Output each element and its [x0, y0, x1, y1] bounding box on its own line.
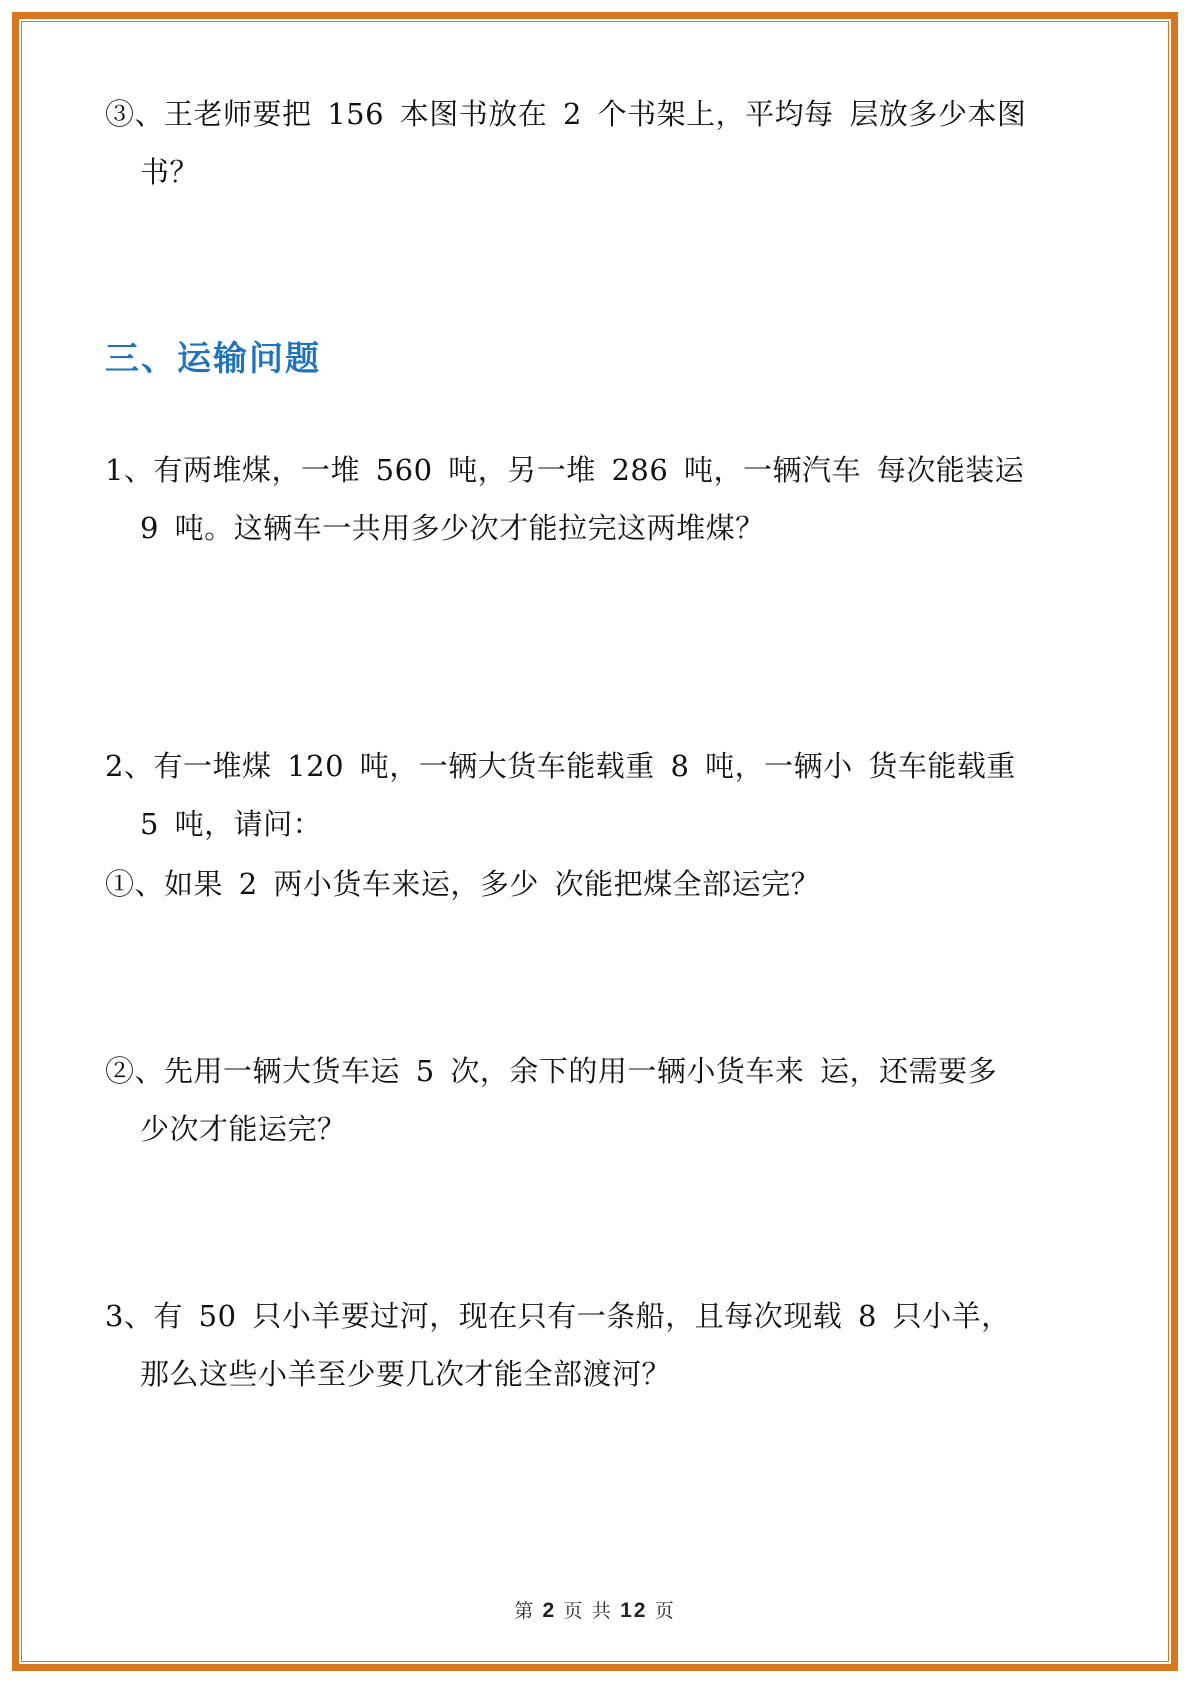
question-2-sub-1-line-1: ①、如果 2 两小货车来运，多少 次能把煤全部运完？ — [105, 865, 820, 903]
footer-total-pages: 12 — [620, 1599, 647, 1622]
footer-suffix: 页 — [655, 1601, 676, 1622]
section-header-transport-problems: 三、运输问题 — [105, 338, 321, 380]
question-3-line-1: 3、有 50 只小羊要过河，现在只有一条船，且每次现载 8 只小羊， — [105, 1297, 1011, 1335]
question-books-line-2: 书？ — [140, 153, 199, 191]
page-footer: 第 2 页 共 12 页 — [0, 1596, 1190, 1623]
question-2-sub-2-line-2: 少次才能运完？ — [140, 1110, 347, 1148]
question-1-line-2: 9 吨。这辆车一共用多少次才能拉完这两堆煤？ — [140, 509, 765, 547]
question-1-line-1: 1、有两堆煤，一堆 560 吨，另一堆 286 吨，一辆汽车 每次能装运 — [105, 451, 1024, 489]
footer-prefix: 第 — [514, 1601, 535, 1622]
footer-page-number: 2 — [543, 1599, 557, 1622]
question-books-line-1: ③、王老师要把 156 本图书放在 2 个书架上，平均每 层放多少本图 — [105, 95, 1026, 133]
question-2-sub-2-line-1: ②、先用一辆大货车运 5 次，余下的用一辆小货车来 运，还需要多 — [105, 1052, 997, 1090]
question-2-line-2: 5 吨，请问： — [140, 805, 322, 843]
question-2-line-1: 2、有一堆煤 120 吨，一辆大货车能载重 8 吨，一辆小 货车能载重 — [105, 747, 1016, 785]
question-3-line-2: 那么这些小羊至少要几次才能全部渡河？ — [140, 1355, 671, 1393]
footer-middle: 页 共 — [564, 1601, 613, 1622]
